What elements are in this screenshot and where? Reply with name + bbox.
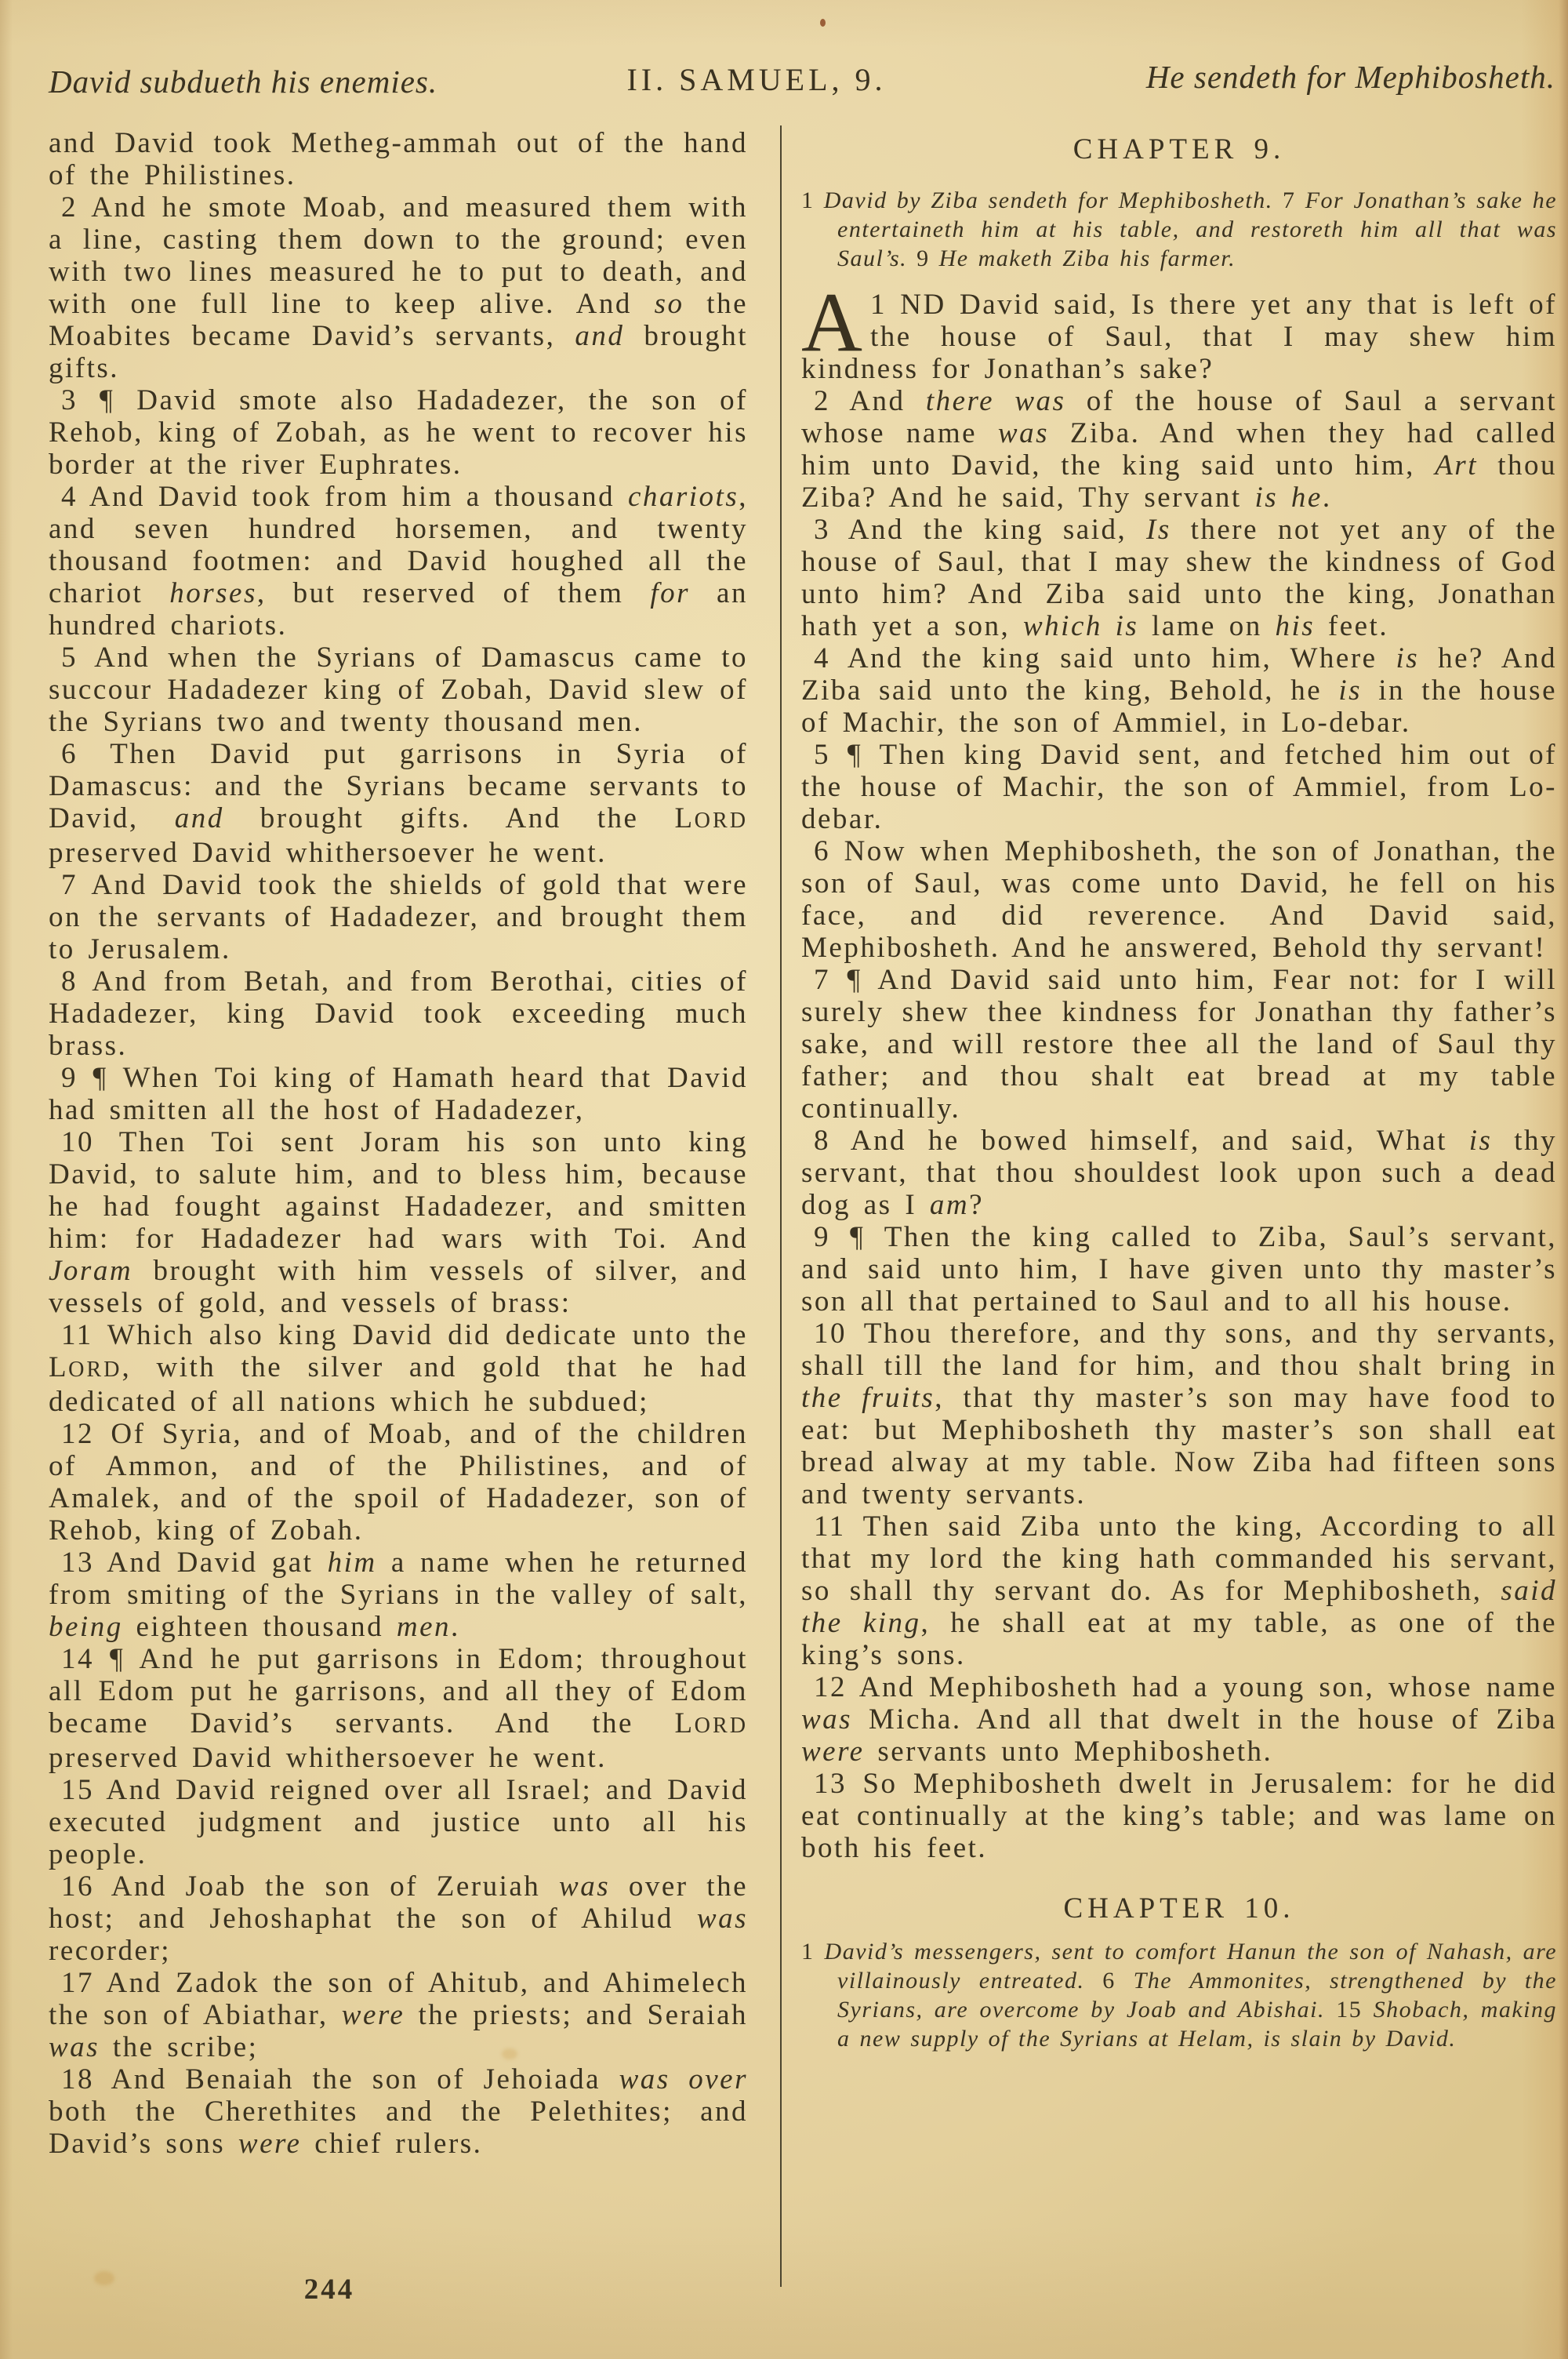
verse-number: 8 xyxy=(814,1125,830,1157)
text-segment: his xyxy=(1275,610,1315,642)
pilcrow: ¶ xyxy=(830,1221,865,1253)
text-segment: And Benaiah the son of Jehoiada xyxy=(111,2063,619,2095)
text-segment: was xyxy=(697,1903,748,1935)
verse-9: 9 ¶ When Toi king of Hamath heard that D… xyxy=(49,1062,748,1126)
pilcrow: ¶ xyxy=(830,739,862,771)
text-segment: David by Ziba sendeth for Mephibosheth. xyxy=(824,187,1283,213)
verse-number: 10 xyxy=(814,1318,847,1350)
verse-number: 5 xyxy=(61,642,78,674)
pilcrow: ¶ xyxy=(78,1062,108,1094)
text-segment: And he bowed himself, and said, What xyxy=(851,1125,1469,1157)
text-segment: Micha. And all that dwelt in the house o… xyxy=(852,1703,1557,1736)
page-number: 244 xyxy=(259,2273,400,2306)
text-segment: and xyxy=(175,802,224,834)
paper-speck xyxy=(820,19,826,27)
verse-number: 11 xyxy=(61,1319,93,1351)
text-segment: He maketh Ziba his farmer. xyxy=(939,245,1236,271)
text-segment: And David took the shields of gold that … xyxy=(49,869,748,965)
drop-cap: A xyxy=(801,291,862,355)
verse-8: 8 And he bowed himself, and said, What i… xyxy=(801,1125,1557,1221)
verse-8: 8 And from Betah, and from Berothai, cit… xyxy=(49,965,748,1062)
text-segment: And from Betah, and from Berothai, citie… xyxy=(49,965,748,1062)
verse-number: 13 xyxy=(61,1547,94,1579)
text-segment: which is xyxy=(1023,610,1138,642)
verse-number: 12 xyxy=(814,1671,847,1703)
verse-7: 7 ¶ And David said unto him, Fear not: f… xyxy=(801,964,1557,1125)
divine-name: LORD xyxy=(675,1707,748,1739)
verse-18: 18 And Benaiah the son of Jehoiada was o… xyxy=(49,2063,748,2160)
text-segment: Then king David sent, and fetched him ou… xyxy=(801,739,1557,835)
left-column: and David took Metheg-ammah out of the h… xyxy=(49,127,748,2160)
verse-11: 11 Then said Ziba unto the king, Accordi… xyxy=(801,1510,1557,1671)
verse-number: 11 xyxy=(814,1510,846,1543)
text-segment: Then the king called to Ziba, Saul’s ser… xyxy=(801,1221,1557,1318)
text-segment: Art xyxy=(1435,449,1478,482)
verse-number: 4 xyxy=(814,642,830,674)
divine-name-small-caps: ORD xyxy=(695,1714,748,1738)
verse-number: 4 xyxy=(61,481,78,513)
verse-11: 11 Which also king David did dedicate un… xyxy=(49,1319,748,1418)
verse-17: 17 And Zadok the son of Ahitub, and Ahim… xyxy=(49,1967,748,2063)
verse-5: 5 And when the Syrians of Damascus came … xyxy=(49,642,748,738)
text-segment: 7 xyxy=(1283,187,1305,213)
chapter-heading: CHAPTER 9. xyxy=(801,133,1557,165)
verse-15: 15 And David reigned over all Israel; an… xyxy=(49,1774,748,1870)
text-segment: Then Toi sent Joram his son unto king Da… xyxy=(49,1126,748,1255)
text-segment: ? xyxy=(969,1189,984,1221)
text-segment: David smote also Hadadezer, the son of R… xyxy=(49,384,748,481)
text-segment: chief rulers. xyxy=(301,2128,482,2160)
text-segment: horses xyxy=(169,577,257,609)
text-segment: recorder; xyxy=(49,1935,171,1967)
divine-name: LORD xyxy=(675,802,748,834)
text-segment: Thou therefore, and thy sons, and thy se… xyxy=(801,1318,1557,1382)
text-segment: So Mephibosheth dwelt in Jerusalem: for … xyxy=(801,1768,1557,1864)
text-segment: for xyxy=(650,577,690,609)
text-segment: 1 xyxy=(801,1939,825,1965)
verse-3: 3 And the king said, Is there not yet an… xyxy=(801,514,1557,642)
text-segment: was xyxy=(559,1870,610,1903)
text-segment: am xyxy=(930,1189,969,1221)
pilcrow: ¶ xyxy=(78,384,114,416)
verse-6: 6 Then David put garrisons in Syria of D… xyxy=(49,738,748,869)
text-segment: feet. xyxy=(1315,610,1388,642)
divine-name-small-caps: ORD xyxy=(68,1358,122,1382)
text-segment: was over xyxy=(619,2063,748,2095)
text-segment: Is xyxy=(1146,514,1171,546)
text-segment: is xyxy=(1396,642,1419,674)
text-segment: eighteen thousand xyxy=(123,1611,397,1643)
text-segment: servants unto Mephibosheth. xyxy=(865,1736,1273,1768)
text-segment: Now when Mephibosheth, the son of Jonath… xyxy=(801,835,1557,964)
text-segment: 1 xyxy=(801,187,824,213)
text-segment: is xyxy=(1469,1125,1493,1157)
text-segment: him xyxy=(328,1547,377,1579)
text-segment: And David reigned over all Israel; and D… xyxy=(49,1774,748,1870)
verse-10: 10 Then Toi sent Joram his son unto king… xyxy=(49,1126,748,1319)
chapter-summary: 1 David by Ziba sendeth for Mephibosheth… xyxy=(801,186,1557,273)
text-segment: And the king said, xyxy=(848,514,1146,546)
divine-name-small-caps: ORD xyxy=(695,809,748,833)
verse-number: 2 xyxy=(814,385,830,417)
text-segment: chariots xyxy=(628,481,739,513)
verse-number: 10 xyxy=(61,1126,94,1158)
text-segment: And xyxy=(849,385,926,417)
verse-number: 3 xyxy=(814,514,830,546)
text-segment: and xyxy=(575,320,624,352)
text-segment: , with the silver and gold that he had d… xyxy=(49,1351,748,1418)
verse-number: 7 xyxy=(61,869,78,901)
page-background: David subdueth his enemies. II. SAMUEL, … xyxy=(0,0,1568,2359)
verse-13: 13 And David gat him a name when he retu… xyxy=(49,1547,748,1643)
verse-number: 8 xyxy=(61,965,78,998)
text-segment: brought with him vessels of silver, and … xyxy=(49,1255,748,1319)
verse-number: 6 xyxy=(814,835,830,867)
verse-number: 7 xyxy=(814,964,830,996)
text-segment: lame on xyxy=(1138,610,1275,642)
text-segment: And David said unto him, Fear not: for I… xyxy=(801,964,1557,1125)
text-segment: And David took from him a thousand xyxy=(89,481,628,513)
verse-12: 12 And Mephibosheth had a young son, who… xyxy=(801,1671,1557,1768)
text-segment: And Mephibosheth had a young son, whose … xyxy=(859,1671,1557,1703)
text-segment: 15 xyxy=(1336,1997,1373,2023)
verse-2: 2 And he smote Moab, and measured them w… xyxy=(49,191,748,384)
text-segment: being xyxy=(49,1611,123,1643)
verse-number: 9 xyxy=(814,1221,830,1253)
text-segment: . xyxy=(1323,482,1332,514)
chapter-summary: 1 David’s messengers, sent to comfort Ha… xyxy=(801,1937,1557,2053)
text-segment: were xyxy=(238,2128,302,2160)
text-segment: brought gifts. And the xyxy=(224,802,675,834)
verse-number: 18 xyxy=(61,2063,94,2095)
verse-12: 12 Of Syria, and of Moab, and of the chi… xyxy=(49,1418,748,1547)
verse-number: 6 xyxy=(61,738,78,770)
text-segment: And Joab the son of Zeruiah xyxy=(111,1870,559,1903)
divine-name: LORD xyxy=(49,1351,122,1383)
verse-7: 7 And David took the shields of gold tha… xyxy=(49,869,748,965)
verse-6: 6 Now when Mephibosheth, the son of Jona… xyxy=(801,835,1557,964)
right-column: CHAPTER 9.1 David by Ziba sendeth for Me… xyxy=(801,127,1557,2069)
verse-16: 16 And Joab the son of Zeruiah was over … xyxy=(49,1870,748,1967)
text-segment: the fruits xyxy=(801,1382,935,1414)
pilcrow: ¶ xyxy=(830,964,862,996)
text-segment: there was xyxy=(926,385,1066,417)
text-segment: And the king said unto him, Where xyxy=(848,642,1396,674)
verse-number: 3 xyxy=(61,384,78,416)
verse-4: 4 And the king said unto him, Where is h… xyxy=(801,642,1557,739)
verse-number: 1 xyxy=(870,289,887,321)
text-segment: 9 xyxy=(916,245,939,271)
running-head-title: II. SAMUEL, 9. xyxy=(568,61,945,98)
verse-4: 4 And David took from him a thousand cha… xyxy=(49,481,748,642)
verse-number: 9 xyxy=(61,1062,78,1094)
text-segment: ND David said, Is there yet any that is … xyxy=(801,289,1557,385)
paper-stain xyxy=(94,2271,114,2285)
verse-number: 5 xyxy=(814,739,830,771)
text-segment: And he put garrisons in Edom; throughout… xyxy=(49,1643,748,1739)
verse-2: 2 And there was of the house of Saul a s… xyxy=(801,385,1557,514)
text-segment: the priests; and Seraiah xyxy=(405,1999,748,2031)
text-segment: Joram xyxy=(49,1255,132,1287)
text-segment: When Toi king of Hamath heard that David… xyxy=(49,1062,748,1126)
text-segment: is xyxy=(1338,674,1362,707)
verse-number: 15 xyxy=(61,1774,94,1806)
running-head-left: David subdueth his enemies. xyxy=(49,63,437,100)
verse-10: 10 Thou therefore, and thy sons, and thy… xyxy=(801,1318,1557,1510)
text-segment: men xyxy=(397,1611,451,1643)
text-segment: is he xyxy=(1254,482,1322,514)
text-segment: Of Syria, and of Moab, and of the childr… xyxy=(49,1418,748,1547)
text-segment: preserved David whithersoever he went. xyxy=(49,1742,607,1774)
text-segment: were xyxy=(342,1999,405,2031)
text-segment: , but reserved of them xyxy=(257,577,651,609)
verse-number: 12 xyxy=(61,1418,94,1450)
text-segment: Then said Ziba unto the king, According … xyxy=(801,1510,1557,1607)
text-segment: Which also king David did dedicate unto … xyxy=(107,1319,748,1351)
text-segment: And he smote Moab, and measured them wit… xyxy=(49,191,748,320)
verse-number: 14 xyxy=(61,1643,94,1675)
text-segment: was xyxy=(49,2031,100,2063)
text-segment: was xyxy=(801,1703,852,1736)
text-segment: were xyxy=(801,1736,865,1768)
pilcrow: ¶ xyxy=(94,1643,125,1675)
column-divider xyxy=(780,125,782,2287)
verse-14: 14 ¶ And he put garrisons in Edom; throu… xyxy=(49,1643,748,1774)
verse-number: 13 xyxy=(814,1768,847,1800)
verse-13: 13 So Mephibosheth dwelt in Jerusalem: f… xyxy=(801,1768,1557,1864)
text-segment: preserved David whithersoever he went. xyxy=(49,837,607,869)
chapter-heading: CHAPTER 10. xyxy=(801,1892,1557,1925)
running-head-right: He sendeth for Mephibosheth. xyxy=(1146,58,1555,96)
text-segment: 6 xyxy=(1102,1968,1133,1994)
text-segment: And David gat xyxy=(107,1547,327,1579)
text-segment: . xyxy=(451,1611,460,1643)
text-segment: and David took Metheg-ammah out of the h… xyxy=(49,127,748,191)
verse-9: 9 ¶ Then the king called to Ziba, Saul’s… xyxy=(801,1221,1557,1318)
verse-1: A1 ND David said, Is there yet any that … xyxy=(801,289,1557,385)
text-segment: was xyxy=(998,417,1049,449)
verse-number: 2 xyxy=(61,191,78,224)
verse-number: 16 xyxy=(61,1870,94,1903)
text-segment: And when the Syrians of Damascus came to… xyxy=(49,642,748,738)
verse-5: 5 ¶ Then king David sent, and fetched hi… xyxy=(801,739,1557,835)
verse-3: 3 ¶ David smote also Hadadezer, the son … xyxy=(49,384,748,481)
text-segment: the scribe; xyxy=(100,2031,258,2063)
verse-number: 17 xyxy=(61,1967,94,1999)
verse-continued: and David took Metheg-ammah out of the h… xyxy=(49,127,748,191)
text-segment: so xyxy=(655,288,684,320)
